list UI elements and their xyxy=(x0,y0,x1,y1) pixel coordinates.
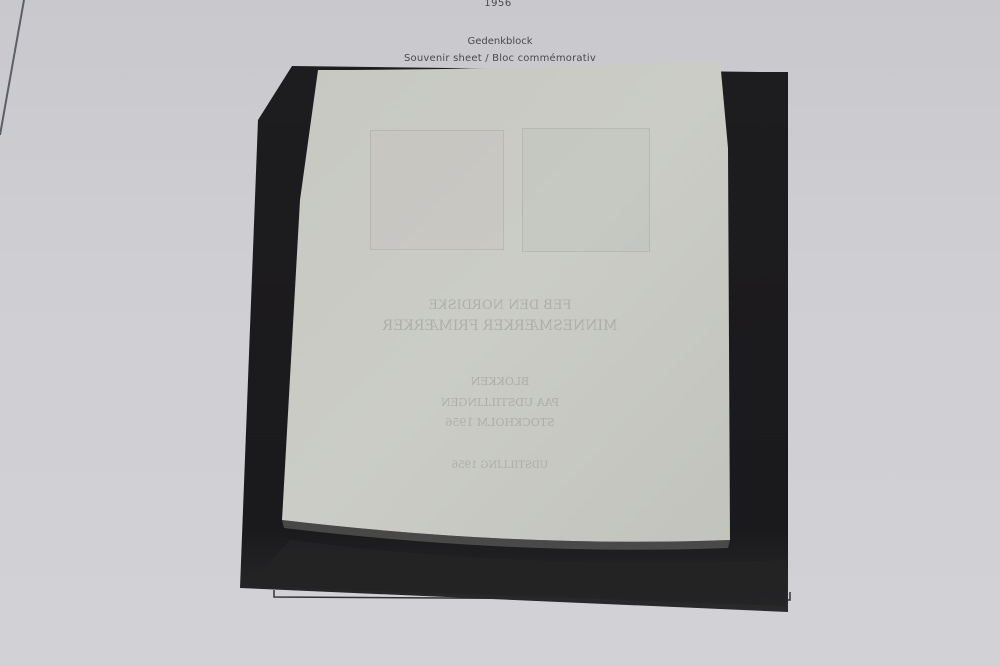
showthrough-line-8: UDSTILLING 1956 xyxy=(380,460,620,471)
showthrough-line-2: MINNESMÆRKER FRIMÆRKER xyxy=(330,318,670,334)
showthrough-line-6: STOCKHOLM 1956 xyxy=(400,416,600,429)
showthrough-line-4: BLOKKEN xyxy=(420,375,580,388)
stamp-left-showthrough xyxy=(370,130,504,250)
showthrough-line-5: PAA UDSTILLINGEN xyxy=(405,396,595,409)
stamp-right-showthrough xyxy=(522,128,650,252)
showthrough-line-1: FEB DEN NORDISKE xyxy=(400,298,600,313)
